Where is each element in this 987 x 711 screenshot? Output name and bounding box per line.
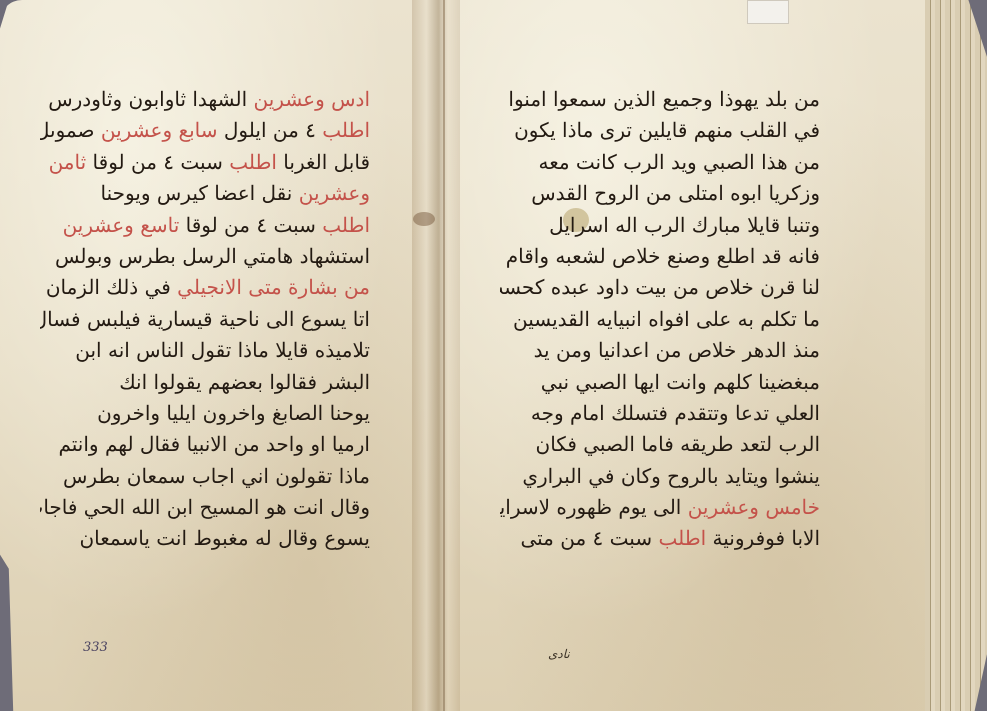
text-line: البشر فقالوا بعضهم يقولوا انك — [40, 367, 370, 398]
rubric-text: تاسع وعشرين — [63, 213, 180, 237]
body-text: صموىل — [40, 118, 101, 142]
text-line: اطلب ٤ من ايلول سابع وعشرين صموىل — [40, 115, 370, 146]
text-line: يسوع وقال له مغبوط انت ياسمعان — [40, 523, 370, 554]
text-line: ما تكلم به على افواه انبيايه القديسين — [500, 304, 820, 335]
text-line: اطلب سبت ٤ من لوقا تاسع وعشرين — [40, 210, 370, 241]
text-line: يوحنا الصابغ واخرون ايليا واخرون — [40, 398, 370, 429]
text-line: في القلب منهم قايلين ترى ماذا يكون — [500, 115, 820, 146]
rubric-text: اطلب — [322, 118, 370, 142]
body-text: ينشوا ويتايد بالروح وكان في البراري — [522, 464, 820, 488]
rubric-text: سابع وعشرين — [101, 118, 218, 142]
text-line: استشهاد هامتي الرسل بطرس وبولس — [40, 241, 370, 272]
body-text: ماذا تقولون اني اجاب سمعان بطرس — [63, 464, 370, 488]
rubric-text: وعشرين — [299, 181, 370, 205]
text-line: منذ الدهر خلاص من اعدانيا ومن يد — [500, 335, 820, 366]
rubric-text: اطلب — [658, 526, 706, 550]
body-text: من هذا الصبي ويد الرب كانت معه — [538, 150, 820, 174]
body-text: الرب لتعد طريقه فاما الصبي فكان — [536, 432, 820, 456]
body-text: استشهاد هامتي الرسل بطرس وبولس — [55, 244, 370, 268]
body-text: فانه قد اطلع وصنع خلاص لشعبه واقام — [506, 244, 820, 268]
body-text: وتنبا قايلا مبارك الرب اله اسرايل — [549, 213, 820, 237]
body-text: العلي تدعا وتتقدم فتسلك امام وجه — [531, 401, 820, 425]
text-line: وعشرين نقل اعضا كيرس ويوحنا — [40, 178, 370, 209]
rubric-text: ادس وعشرين — [254, 87, 371, 111]
body-text: سبت ٤ من لوقا — [86, 150, 229, 174]
page-edges — [925, 0, 987, 711]
stain — [413, 212, 435, 226]
text-line: مبغضينا كلهم وانت ايها الصبي نبي — [500, 367, 820, 398]
rubric-text: ثامن — [49, 150, 87, 174]
catchword: نادى — [548, 647, 570, 661]
text-line: وتنبا قايلا مبارك الرب اله اسرايل — [500, 210, 820, 241]
text-line: من بشارة متى الانجيلي في ذلك الزمان — [40, 272, 370, 303]
text-line: الابا فوفرونية اطلب سبت ٤ من متى — [500, 523, 820, 554]
text-line: الرب لتعد طريقه فاما الصبي فكان — [500, 429, 820, 460]
text-line: ارميا او واحد من الانبيا فقال لهم وانتم — [40, 429, 370, 460]
rubric-text: خامس وعشرين — [688, 495, 820, 519]
text-line: ماذا تقولون اني اجاب سمعان بطرس — [40, 461, 370, 492]
body-text: الشهدا ثاوابون وثاودرس — [48, 87, 253, 111]
left-page-text: ادس وعشرين الشهدا ثاوابون وثاودرساطلب ٤ … — [40, 84, 370, 555]
text-line: فانه قد اطلع وصنع خلاص لشعبه واقام — [500, 241, 820, 272]
folio-number: 333 — [83, 640, 108, 655]
text-line: من بلد يهوذا وجميع الذين سمعوا امنوا — [500, 84, 820, 115]
body-text: الى يوم ظهوره لاسرايل — [500, 495, 688, 519]
manuscript-spread: ادس وعشرين الشهدا ثاوابون وثاودرساطلب ٤ … — [0, 0, 987, 711]
paper-tab — [747, 0, 789, 24]
text-line: من هذا الصبي ويد الرب كانت معه — [500, 147, 820, 178]
body-text: وزكريا ابوه امتلى من الروح القدس — [531, 181, 820, 205]
body-text: من بلد يهوذا وجميع الذين سمعوا امنوا — [508, 87, 820, 111]
body-text: مبغضينا كلهم وانت ايها الصبي نبي — [541, 370, 820, 394]
rubric-text: من بشارة متى الانجيلي — [177, 275, 370, 299]
text-line: ينشوا ويتايد بالروح وكان في البراري — [500, 461, 820, 492]
text-line: وزكريا ابوه امتلى من الروح القدس — [500, 178, 820, 209]
body-text: تلاميذه قايلا ماذا تقول الناس انه ابن — [75, 338, 370, 362]
text-line: اتا يسوع الى ناحية قيسارية فيلبس فسال — [40, 304, 370, 335]
body-text: اتا يسوع الى ناحية قيسارية فيلبس فسال — [40, 307, 370, 331]
body-text: سبت ٤ من لوقا — [179, 213, 322, 237]
body-text: يوحنا الصابغ واخرون ايليا واخرون — [97, 401, 370, 425]
text-line: ادس وعشرين الشهدا ثاوابون وثاودرس — [40, 84, 370, 115]
rubric-text: اطلب — [229, 150, 277, 174]
text-line: قابل الغربا اطلب سبت ٤ من لوقا ثامن — [40, 147, 370, 178]
body-text: سبت ٤ من متى — [520, 526, 658, 550]
text-line: وقال انت هو المسيح ابن الله الحي فاجاب — [40, 492, 370, 523]
body-text: البشر فقالوا بعضهم يقولوا انك — [119, 370, 370, 394]
rubric-text: اطلب — [322, 213, 370, 237]
text-line: تلاميذه قايلا ماذا تقول الناس انه ابن — [40, 335, 370, 366]
body-text: في ذلك الزمان — [46, 275, 177, 299]
body-text: نقل اعضا كيرس ويوحنا — [100, 181, 298, 205]
body-text: ما تكلم به على افواه انبيايه القديسين — [513, 307, 820, 331]
body-text: ارميا او واحد من الانبيا فقال لهم وانتم — [58, 432, 370, 456]
gutter-fold — [443, 0, 445, 711]
body-text: في القلب منهم قايلين ترى ماذا يكون — [514, 118, 820, 142]
text-line: خامس وعشرين الى يوم ظهوره لاسرايل — [500, 492, 820, 523]
body-text: وقال انت هو المسيح ابن الله الحي فاجاب — [40, 495, 370, 519]
body-text: لنا قرن خلاص من بيت داود عبده كحسب — [500, 275, 820, 299]
body-text: يسوع وقال له مغبوط انت ياسمعان — [79, 526, 370, 550]
body-text: الابا فوفرونية — [706, 526, 820, 550]
book-gutter — [412, 0, 460, 711]
right-page-text: من بلد يهوذا وجميع الذين سمعوا امنوافي ا… — [500, 84, 820, 555]
text-line: لنا قرن خلاص من بيت داود عبده كحسب — [500, 272, 820, 303]
body-text: ٤ من ايلول — [218, 118, 323, 142]
text-line: العلي تدعا وتتقدم فتسلك امام وجه — [500, 398, 820, 429]
body-text: منذ الدهر خلاص من اعدانيا ومن يد — [534, 338, 820, 362]
body-text: قابل الغربا — [277, 150, 370, 174]
